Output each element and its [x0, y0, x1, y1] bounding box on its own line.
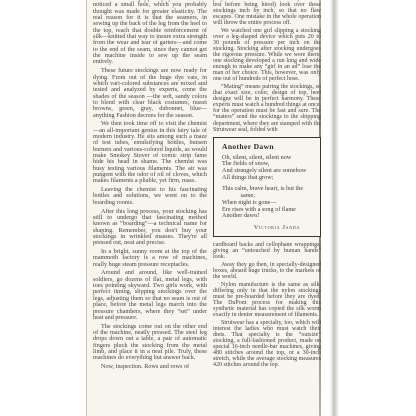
left-column-paragraphs: noticed a small hole, which you probably…	[93, 2, 207, 370]
poem-line: Another dawn!	[222, 213, 312, 220]
scanned-magazine-page: the seams at the tops; perhaps you've no…	[0, 0, 416, 416]
paragraph: These future stockings are now ready for…	[93, 68, 207, 119]
paragraph: Nylon manufacture is the same as silk, d…	[213, 282, 321, 318]
poem-box: Another Dawn Oh, silent, silent, silent …	[213, 137, 321, 237]
paragraph: Strutwear has a specialty, too, which wi…	[213, 320, 321, 368]
poem-stanza: This calm, brave heart, is but the same;…	[222, 186, 312, 220]
paragraph: We watched one girl slipping a stocking …	[213, 28, 321, 82]
poem-stanzas: Oh, silent, silent, silent nowThe fields…	[222, 155, 312, 220]
poem-title: Another Dawn	[222, 144, 312, 150]
left-text-column: the seams at the tops; perhaps you've no…	[93, 0, 207, 373]
paragraph: After this long process, your stocking h…	[93, 209, 207, 247]
paragraph: “Mating” means pairing the stockings, so…	[213, 84, 321, 132]
right-column-paragraphs-bottom: cardboard backs and cellophane wrappings…	[213, 242, 321, 368]
paragraph: In a bright, sunny room at the top of th…	[93, 249, 207, 268]
paragraph: The stockings come out on the other end …	[93, 324, 207, 362]
right-column-paragraphs-top: test before being hired) look over these…	[213, 2, 321, 133]
poem-attribution: Victoria Janda	[222, 225, 312, 231]
paragraph: cardboard backs and cellophane wrappings…	[213, 242, 321, 260]
paragraph: Around and around, like well-trained sol…	[93, 270, 207, 321]
paragraph: test before being hired) look over these…	[213, 2, 321, 26]
paragraph: Leaving the chemist to his fascinating b…	[93, 187, 207, 206]
paragraph: We then took time off to visit the chemi…	[93, 121, 207, 184]
paragraph: Away they go then, in specially-designed…	[213, 262, 321, 280]
scan-shadow-band	[330, 0, 339, 416]
poem-line: All things that grow;	[222, 175, 312, 182]
poem-stanza: Oh, silent, silent, silent nowThe fields…	[222, 155, 312, 182]
paragraph: Now, inspection. Rows and rows of	[93, 364, 207, 370]
paragraph: noticed a small hole, which you probably…	[93, 2, 207, 65]
right-text-column: ployes of Strutwear must have an eye tes…	[213, 0, 321, 370]
left-column-rule	[86, 0, 87, 416]
